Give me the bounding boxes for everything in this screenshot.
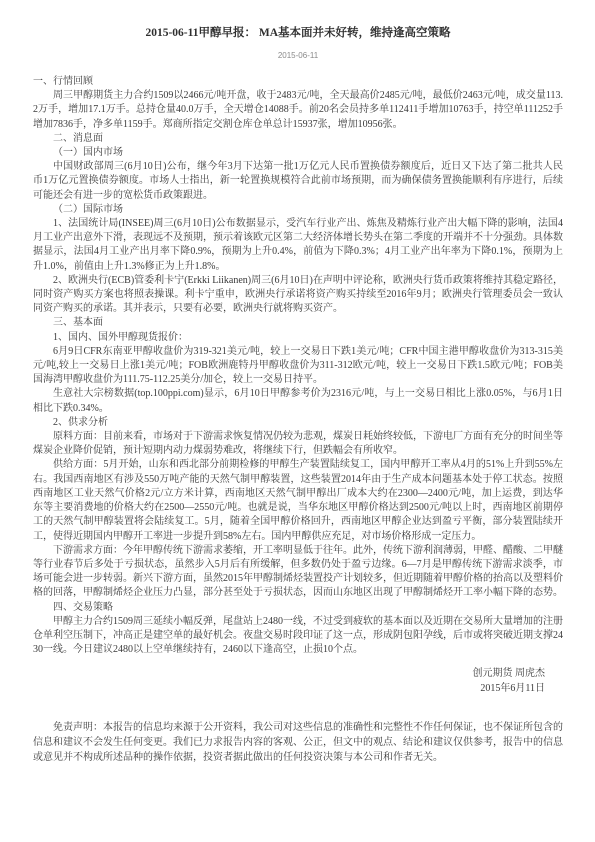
report-title: 2015-06-11甲醇早报： MA基本面并未好转，维持逢高空策略 (33, 26, 563, 41)
signature-block: 创元期货 周虎杰 2015年6月11日 (33, 666, 563, 696)
paragraph-raw-materials: 原料方面：目前来看，市场对于下游需求恢复情况仍较为悲观，煤炭日耗始终较低，下游电… (33, 430, 563, 458)
paragraph-downstream-demand: 下游需求方面：今年甲醇传统下游需求萎缩，开工率明显低于往年。此外，传统下游利润薄… (33, 544, 563, 601)
paragraph-trading-strategy: 甲醇主力合约1509周三延续小幅反弹，尾盘站上2480一线，不过受到疲软的基本面… (33, 615, 563, 658)
subsection-heading-spot-prices: 1、国内、国外甲醇现货报价： (33, 331, 563, 345)
paragraph-reference-price: 生意社大宗榜数据(top.100ppi.com)显示，6月10日甲醇参考价为23… (33, 387, 563, 415)
disclaimer-text: 免责声明：本报告的信息均来源于公开资料，我公司对这些信息的准确性和完整性不作任何… (33, 721, 563, 765)
section-heading-market-review: 一、行情回顾 (33, 75, 563, 89)
report-date: 2015-06-11 (33, 51, 563, 61)
report-body: 一、行情回顾 周三甲醇期货主力合约1509以2466元/吨开盘，收于2483元/… (33, 75, 563, 657)
signature-date: 2015年6月11日 (33, 681, 545, 696)
subsection-heading-domestic-market: （一）国内市场 (33, 146, 563, 160)
report-page: 2015-06-11甲醇早报： MA基本面并未好转，维持逢高空策略 2015-0… (0, 0, 595, 842)
paragraph-ecb-news: 2、欧洲央行(ECB)管委利卡宁(Erkki Liikanen)周三(6月10日… (33, 274, 563, 317)
subsection-heading-international-market: （二）国际市场 (33, 203, 563, 217)
section-heading-news: 二、消息面 (33, 132, 563, 146)
subsection-heading-supply-demand: 2、供求分析 (33, 416, 563, 430)
signature-company-author: 创元期货 周虎杰 (33, 666, 545, 681)
paragraph-domestic-news: 中国财政部周三(6月10日)公布，继今年3月下达第一批1万亿元人民币置换债券额度… (33, 160, 563, 203)
paragraph-market-review: 周三甲醇期货主力合约1509以2466元/吨开盘，收于2483元/吨，全天最高价… (33, 89, 563, 132)
section-heading-fundamentals: 三、基本面 (33, 316, 563, 330)
section-heading-trading-strategy: 四、交易策略 (33, 601, 563, 615)
paragraph-supply: 供给方面：5月开始，山东和西北部分前期检修的甲醇生产装置陆续复工，国内甲醇开工率… (33, 458, 563, 543)
paragraph-france-data: 1、法国统计局(INSEE)周三(6月10日)公布数据显示，受汽车行业产出、炼焦… (33, 217, 563, 274)
paragraph-spot-prices: 6月9日CFR东南亚甲醇收盘价为319-321美元/吨，较上一交易日下跌1美元/… (33, 345, 563, 388)
